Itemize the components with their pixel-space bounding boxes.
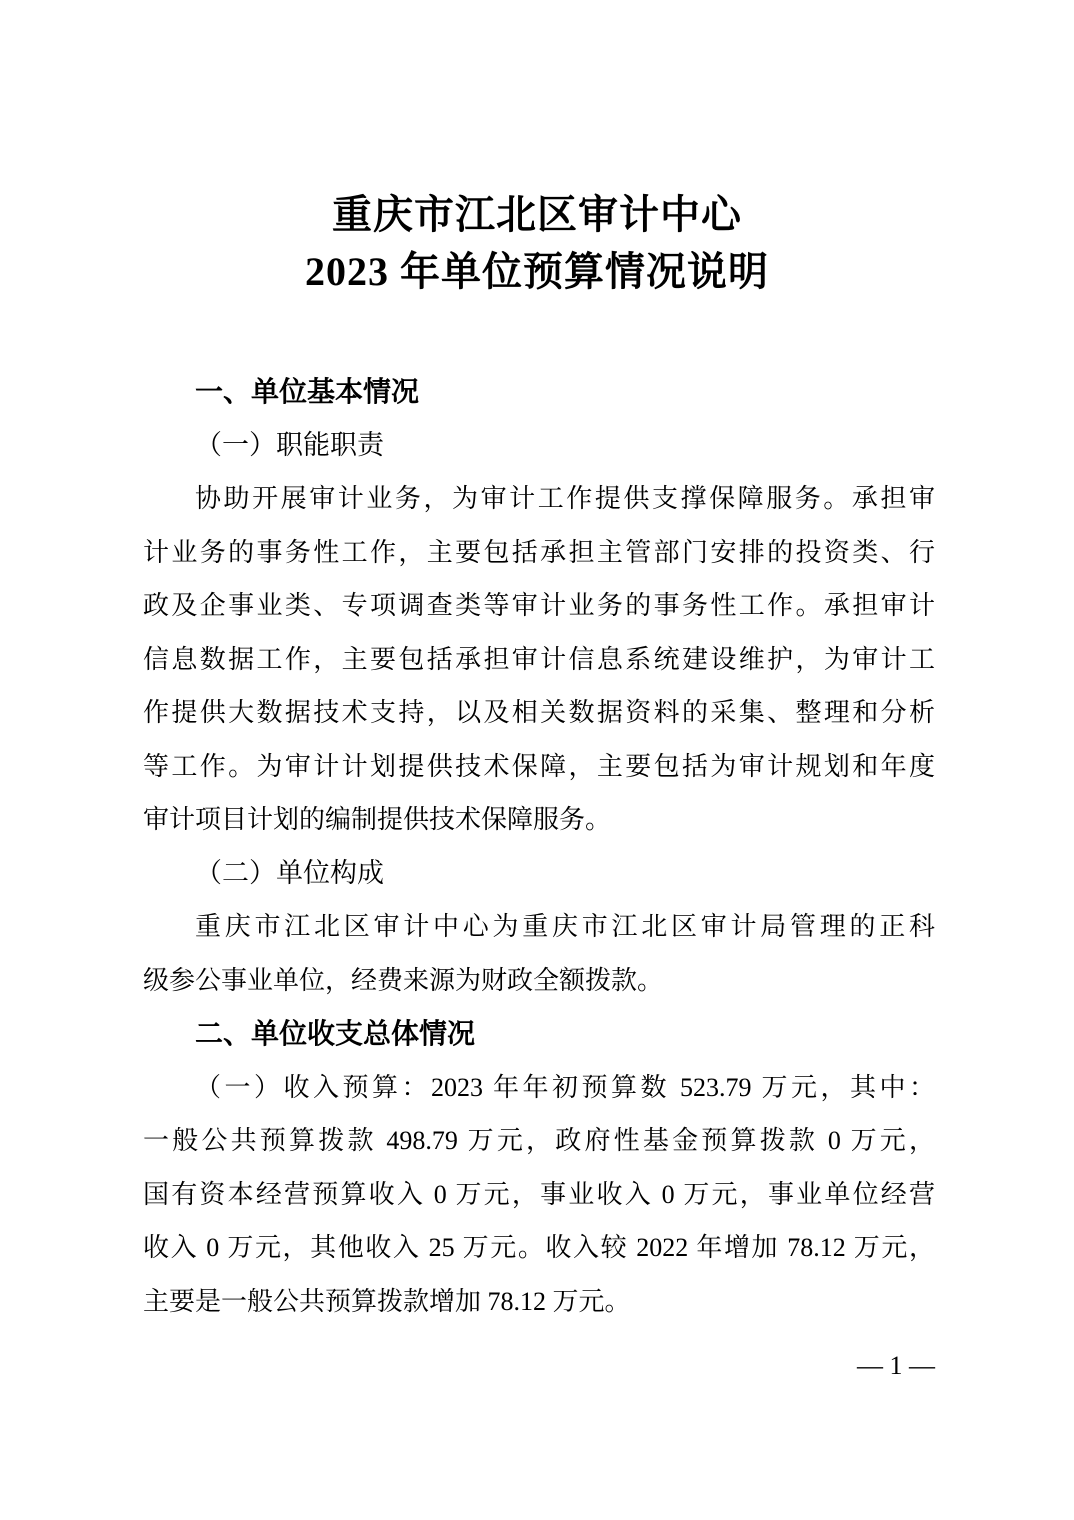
paragraph-1-line-6: 等工作。为审计计划提供技术保障，主要包括为审计规划和年度 bbox=[143, 740, 935, 794]
paragraph-2-line-1: 重庆市江北区审计中心为重庆市江北区审计局管理的正科 bbox=[143, 900, 935, 954]
paragraph-3-line-2: 一般公共预算拨款 498.79 万元，政府性基金预算拨款 0 万元， bbox=[143, 1114, 935, 1168]
section-2-heading: 二、单位收支总体情况 bbox=[143, 1007, 935, 1061]
document-body: 一、单位基本情况 （一）职能职责 协助开展审计业务，为审计工作提供支撑保障服务。… bbox=[143, 365, 935, 1328]
paragraph-1-line-3: 政及企事业类、专项调查类等审计业务的事务性工作。承担审计 bbox=[143, 579, 935, 633]
paragraph-2-line-2: 级参公事业单位，经费来源为财政全额拨款。 bbox=[143, 954, 935, 1008]
paragraph-1-line-7: 审计项目计划的编制提供技术保障服务。 bbox=[143, 793, 935, 847]
paragraph-1-line-2: 计业务的事务性工作，主要包括承担主管部门安排的投资类、行 bbox=[143, 526, 935, 580]
paragraph-1-line-4: 信息数据工作，主要包括承担审计信息系统建设维护，为审计工 bbox=[143, 633, 935, 687]
section-1-heading: 一、单位基本情况 bbox=[143, 365, 935, 419]
paragraph-3-line-1: （一）收入预算：2023 年年初预算数 523.79 万元，其中： bbox=[143, 1061, 935, 1115]
paragraph-1-line-1: 协助开展审计业务，为审计工作提供支撑保障服务。承担审 bbox=[143, 472, 935, 526]
document-title-line1: 重庆市江北区审计中心 bbox=[0, 186, 1074, 243]
subsection-1-2-heading: （二）单位构成 bbox=[143, 847, 935, 901]
paragraph-3-line-3: 国有资本经营预算收入 0 万元，事业收入 0 万元，事业单位经营 bbox=[143, 1168, 935, 1222]
document-page: 重庆市江北区审计中心 2023 年单位预算情况说明 一、单位基本情况 （一）职能… bbox=[0, 0, 1074, 1520]
page-number: — 1 — bbox=[143, 1346, 935, 1386]
paragraph-1-line-5: 作提供大数据技术支持，以及相关数据资料的采集、整理和分析 bbox=[143, 686, 935, 740]
paragraph-3-line-4: 收入 0 万元，其他收入 25 万元。收入较 2022 年增加 78.12 万元… bbox=[143, 1221, 935, 1275]
subsection-1-1-heading: （一）职能职责 bbox=[143, 419, 935, 473]
document-title: 重庆市江北区审计中心 2023 年单位预算情况说明 bbox=[0, 186, 1074, 300]
paragraph-3-line-5: 主要是一般公共预算拨款增加 78.12 万元。 bbox=[143, 1275, 935, 1329]
document-title-line2: 2023 年单位预算情况说明 bbox=[0, 243, 1074, 300]
